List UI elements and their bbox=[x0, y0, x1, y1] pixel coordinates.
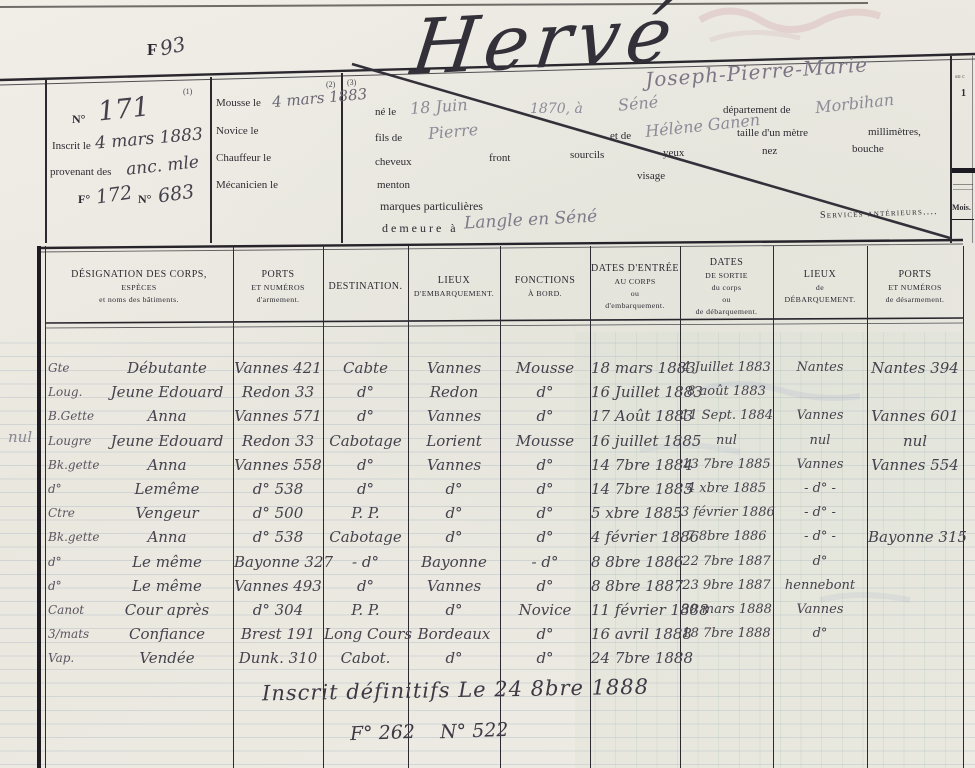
column-header-line: d'embarquement. bbox=[605, 301, 665, 310]
cell-vessel: d°Le même bbox=[48, 550, 228, 574]
column-header-line: ET NUMÉROS bbox=[251, 283, 304, 292]
cell: - d° - bbox=[774, 525, 866, 549]
cell-vessel: 3/matsConfiance bbox=[48, 622, 228, 646]
cell bbox=[868, 574, 962, 598]
cell bbox=[868, 550, 962, 574]
column-header-line: ou bbox=[631, 289, 640, 298]
cell-vessel: d°Lemême bbox=[48, 477, 228, 501]
column-header-9: PORTSET NUMÉROSde désarmement. bbox=[868, 253, 962, 319]
cell bbox=[868, 501, 962, 525]
table-row: B.GetteAnnaVannes 571d°Vannesd°17 Août 1… bbox=[0, 404, 975, 428]
cell: - d° bbox=[324, 550, 407, 574]
column-header-line: ESPÈCES bbox=[121, 283, 156, 292]
column-header-line: d'armement. bbox=[257, 295, 300, 304]
cell: Vannes bbox=[409, 574, 499, 598]
cell: 4 Juillet 1883 bbox=[681, 356, 772, 380]
column-header-line: de bbox=[816, 283, 824, 292]
column-header-1: DÉSIGNATION DES CORPS,ESPÈCESet noms des… bbox=[46, 253, 232, 319]
cell: Mousse bbox=[501, 429, 589, 453]
cell: d° 538 bbox=[234, 525, 322, 549]
vessel-type: Bk.gette bbox=[48, 453, 99, 477]
cell: Vannes bbox=[774, 404, 866, 428]
cell bbox=[868, 622, 962, 646]
cell: Redon 33 bbox=[234, 429, 322, 453]
surname-script: Hervé bbox=[407, 0, 683, 92]
cell: d° bbox=[324, 477, 407, 501]
cell bbox=[774, 646, 866, 670]
column-header-line: de désarmement. bbox=[886, 295, 945, 304]
vessel-type: Bk.gette bbox=[48, 525, 99, 549]
table-row: CanotCour aprèsd° 304P. P.d°Novice11 fév… bbox=[0, 598, 975, 622]
cell: Nantes 394 bbox=[868, 356, 962, 380]
table-row: 3/matsConfianceBrest 191Long CoursBordea… bbox=[0, 622, 975, 646]
cell: Redon 33 bbox=[234, 380, 322, 404]
cell: 8 8bre 1887 bbox=[591, 574, 679, 598]
column-header-line: À BORD. bbox=[528, 289, 562, 298]
cell: d° bbox=[774, 550, 866, 574]
cell-vessel: LougreJeune Edouard bbox=[48, 429, 228, 453]
cell: 14 7bre 1884 bbox=[591, 453, 679, 477]
cell: Mousse bbox=[501, 356, 589, 380]
cell: 16 juillet 1885 bbox=[591, 429, 679, 453]
cell-vessel: Vap.Vendée bbox=[48, 646, 228, 670]
cell: d° bbox=[409, 598, 499, 622]
column-header-line: AU CORPS bbox=[614, 277, 655, 286]
cell: Redon bbox=[409, 380, 499, 404]
column-header-line: ET NUMÉROS bbox=[888, 283, 941, 292]
cell: Cabot. bbox=[324, 646, 407, 670]
table-row: Loug.Jeune EdouardRedon 33d°Redond°16 Ju… bbox=[0, 380, 975, 404]
cell bbox=[868, 380, 962, 404]
cell: d° bbox=[501, 380, 589, 404]
vessel-name: Lemême bbox=[106, 477, 228, 501]
cell: 18 7bre 1888 bbox=[681, 622, 772, 646]
cell: 11 février 1888 bbox=[591, 598, 679, 622]
cell: Vannes 601 bbox=[868, 404, 962, 428]
vessel-type: Lougre bbox=[48, 429, 91, 453]
cell: d° bbox=[501, 622, 589, 646]
cell: Nantes bbox=[774, 356, 866, 380]
cell: 8 août 1883 bbox=[681, 380, 772, 404]
cell: d° bbox=[409, 525, 499, 549]
column-header-line: FONCTIONS bbox=[515, 275, 576, 286]
cell: 11 Sept. 1884 bbox=[681, 404, 772, 428]
vessel-type: Vap. bbox=[48, 646, 74, 670]
cell: nul bbox=[774, 429, 866, 453]
cell: - d° - bbox=[774, 501, 866, 525]
column-header-line: DÉSIGNATION DES CORPS, bbox=[71, 269, 207, 280]
cell: - d° - bbox=[774, 477, 866, 501]
vessel-type: 3/mats bbox=[48, 622, 89, 646]
column-header-6: DATES D'ENTRÉEAU CORPSoud'embarquement. bbox=[591, 253, 679, 319]
column-header-line: de débarquement. bbox=[696, 307, 758, 316]
cell: Vannes bbox=[409, 356, 499, 380]
column-header-line: PORTS bbox=[261, 269, 294, 280]
table-row: CtreVengeurd° 500P. P.d°d°5 xbre 18853 f… bbox=[0, 501, 975, 525]
cell: 23 9bre 1887 bbox=[681, 574, 772, 598]
column-header-line: DÉBARQUEMENT. bbox=[784, 295, 855, 304]
cell: 7 8bre 1886 bbox=[681, 525, 772, 549]
cell-vessel: Bk.getteAnna bbox=[48, 525, 228, 549]
vessel-type: d° bbox=[48, 477, 62, 501]
services-table: DÉSIGNATION DES CORPS,ESPÈCESet noms des… bbox=[0, 0, 975, 768]
cell: d° bbox=[324, 404, 407, 428]
cell: Cabte bbox=[324, 356, 407, 380]
cell: d° bbox=[501, 574, 589, 598]
cell: d° bbox=[501, 453, 589, 477]
vessel-name: Anna bbox=[106, 525, 228, 549]
cell: 18 mars 1883 bbox=[591, 356, 679, 380]
cell: d° bbox=[409, 477, 499, 501]
cell: d° 538 bbox=[234, 477, 322, 501]
footer-numero: N° 522 bbox=[440, 719, 509, 743]
cell: 8 8bre 1886 bbox=[591, 550, 679, 574]
column-header-line: D'EMBARQUEMENT. bbox=[414, 289, 494, 298]
cell: Cabotage bbox=[324, 525, 407, 549]
cell: - d° bbox=[501, 550, 589, 574]
vessel-type: Gte bbox=[48, 356, 70, 380]
cell-vessel: CtreVengeur bbox=[48, 501, 228, 525]
column-header-7: DATESDE SORTIEdu corpsoude débarquement. bbox=[681, 253, 772, 319]
cell: Bayonne 315 bbox=[868, 525, 962, 549]
table-row: LougreJeune EdouardRedon 33CabotageLorie… bbox=[0, 429, 975, 453]
cell: d° bbox=[324, 453, 407, 477]
column-header-4: LIEUXD'EMBARQUEMENT. bbox=[409, 253, 499, 319]
table-row: Vap.VendéeDunk. 310Cabot.d°d°24 7bre 188… bbox=[0, 646, 975, 670]
cell: 4 février 1886 bbox=[591, 525, 679, 549]
table-row: Bk.getteAnnaVannes 558d°Vannesd°14 7bre … bbox=[0, 453, 975, 477]
cell: Vannes 421 bbox=[234, 356, 322, 380]
cell: d° bbox=[501, 646, 589, 670]
cell: 22 7bre 1887 bbox=[681, 550, 772, 574]
vessel-type: d° bbox=[48, 574, 62, 598]
cell bbox=[868, 598, 962, 622]
vessel-name: Jeune Edouard bbox=[106, 380, 228, 404]
column-header-2: PORTSET NUMÉROSd'armement. bbox=[234, 253, 322, 319]
cell: nul bbox=[681, 429, 772, 453]
cell: Lorient bbox=[409, 429, 499, 453]
cell: Long Cours bbox=[324, 622, 407, 646]
cell: Dunk. 310 bbox=[234, 646, 322, 670]
table-row: GteDébutanteVannes 421CabteVannesMousse1… bbox=[0, 356, 975, 380]
cell: d° bbox=[409, 501, 499, 525]
column-header-5: FONCTIONSÀ BORD. bbox=[501, 253, 589, 319]
column-header-line: ou bbox=[722, 295, 731, 304]
cell-vessel: GteDébutante bbox=[48, 356, 228, 380]
cell: 13 7bre 1885 bbox=[681, 453, 772, 477]
vessel-type: d° bbox=[48, 550, 62, 574]
cell: 30 mars 1888 bbox=[681, 598, 772, 622]
vessel-type: Canot bbox=[48, 598, 84, 622]
cell: d° bbox=[324, 380, 407, 404]
cell: Bayonne 327 bbox=[234, 550, 322, 574]
cell: 17 Août 1883 bbox=[591, 404, 679, 428]
table-row: Bk.getteAnnad° 538Cabotaged°d°4 février … bbox=[0, 525, 975, 549]
cell: Vannes 554 bbox=[868, 453, 962, 477]
vessel-name: Cour après bbox=[106, 598, 228, 622]
vessel-type: B.Gette bbox=[48, 404, 94, 428]
vessel-name: Jeune Edouard bbox=[106, 429, 228, 453]
table-row: d°Le mêmeBayonne 327- d°Bayonne- d°8 8br… bbox=[0, 550, 975, 574]
cell: d° bbox=[774, 622, 866, 646]
cell: nul bbox=[868, 429, 962, 453]
cell-vessel: d°Le même bbox=[48, 574, 228, 598]
cell: Vannes 571 bbox=[234, 404, 322, 428]
table-row: d°Le mêmeVannes 493d°Vannesd°8 8bre 1887… bbox=[0, 574, 975, 598]
cell: d° bbox=[501, 525, 589, 549]
vessel-type: Ctre bbox=[48, 501, 75, 525]
column-header-line: LIEUX bbox=[438, 275, 471, 286]
cell: Vannes bbox=[409, 453, 499, 477]
vessel-type: Loug. bbox=[48, 380, 82, 404]
cell: 24 7bre 1888 bbox=[591, 646, 679, 670]
cell bbox=[868, 477, 962, 501]
cell: d° bbox=[324, 574, 407, 598]
column-header-3: DESTINATION. bbox=[324, 253, 407, 319]
cell: Bayonne bbox=[409, 550, 499, 574]
cell: Vannes 558 bbox=[234, 453, 322, 477]
column-header-line: et noms des bâtiments. bbox=[99, 295, 179, 304]
cell: Vannes bbox=[409, 404, 499, 428]
cell: 4 xbre 1885 bbox=[681, 477, 772, 501]
cell-vessel: CanotCour après bbox=[48, 598, 228, 622]
cell bbox=[868, 646, 962, 670]
footer-folio: F° 262 bbox=[350, 721, 416, 745]
cell bbox=[681, 646, 772, 670]
cell: d° bbox=[409, 646, 499, 670]
cell: d° 304 bbox=[234, 598, 322, 622]
cell: d° 500 bbox=[234, 501, 322, 525]
cell bbox=[774, 380, 866, 404]
vessel-name: Vendée bbox=[106, 646, 228, 670]
cell: Novice bbox=[501, 598, 589, 622]
vessel-name: Anna bbox=[106, 404, 228, 428]
cell: 5 xbre 1885 bbox=[591, 501, 679, 525]
cell: P. P. bbox=[324, 598, 407, 622]
vessel-name: Vengeur bbox=[106, 501, 228, 525]
cell-vessel: B.GetteAnna bbox=[48, 404, 228, 428]
cell: 14 7bre 1885 bbox=[591, 477, 679, 501]
vessel-name: Anna bbox=[106, 453, 228, 477]
cell: Vannes bbox=[774, 453, 866, 477]
cell: 3 février 1886 bbox=[681, 501, 772, 525]
cell: d° bbox=[501, 501, 589, 525]
vessel-name: Le même bbox=[106, 550, 228, 574]
cell: d° bbox=[501, 404, 589, 428]
cell: d° bbox=[501, 477, 589, 501]
cell: Vannes 493 bbox=[234, 574, 322, 598]
cell-vessel: Bk.getteAnna bbox=[48, 453, 228, 477]
cell: 16 Juillet 1883 bbox=[591, 380, 679, 404]
cell: Bordeaux bbox=[409, 622, 499, 646]
cell: hennebont bbox=[774, 574, 866, 598]
matricule-register-page: F 93 Hervé Joseph-Pierre-Marie (1) N° 17… bbox=[0, 0, 975, 768]
column-header-line: LIEUX bbox=[804, 269, 837, 280]
table-row: d°Lemêmed° 538d°d°d°14 7bre 18854 xbre 1… bbox=[0, 477, 975, 501]
cell-vessel: Loug.Jeune Edouard bbox=[48, 380, 228, 404]
column-header-line: du corps bbox=[712, 283, 742, 292]
cell: Brest 191 bbox=[234, 622, 322, 646]
column-header-line: DATES D'ENTRÉE bbox=[591, 263, 679, 274]
cell: P. P. bbox=[324, 501, 407, 525]
column-header-8: LIEUXdeDÉBARQUEMENT. bbox=[774, 253, 866, 319]
vessel-name: Confiance bbox=[106, 622, 228, 646]
vessel-name: Débutante bbox=[106, 356, 228, 380]
vessel-name: Le même bbox=[106, 574, 228, 598]
column-header-line: DATES bbox=[710, 257, 744, 268]
column-header-line: DESTINATION. bbox=[328, 281, 402, 292]
column-header-line: PORTS bbox=[898, 269, 931, 280]
cell: 16 avril 1888 bbox=[591, 622, 679, 646]
column-header-line: DE SORTIE bbox=[705, 271, 748, 280]
cell: Cabotage bbox=[324, 429, 407, 453]
cell: Vannes bbox=[774, 598, 866, 622]
